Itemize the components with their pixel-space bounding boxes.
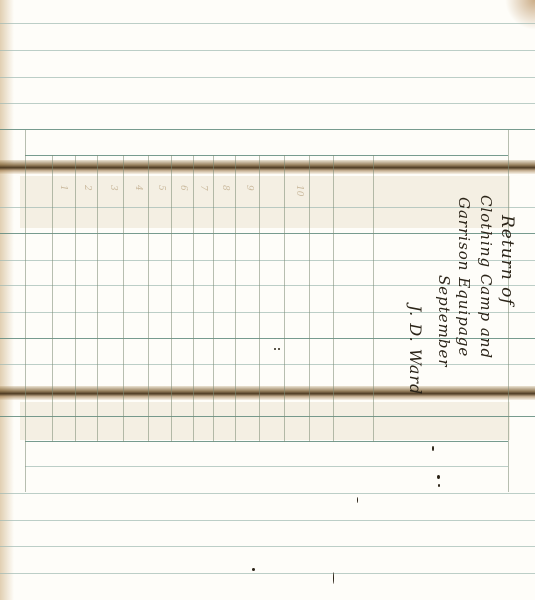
faint-entry: 1 xyxy=(58,185,68,191)
handwritten-endorsement: Return of Clothing Camp and Garrison Equ… xyxy=(395,195,535,410)
endorsement-line: Garrison Equipage xyxy=(455,197,473,357)
grid-column-line xyxy=(373,155,374,442)
grid-column-line xyxy=(284,155,285,442)
endorsement-line: September xyxy=(435,275,453,368)
ruled-line xyxy=(0,77,535,78)
grid-column-line xyxy=(25,130,26,492)
ink-speck xyxy=(278,348,280,350)
ruled-line xyxy=(0,50,535,51)
ruled-line xyxy=(0,129,535,130)
ink-speck xyxy=(357,497,358,503)
grid-column-line xyxy=(148,155,149,442)
grid-column-line xyxy=(309,155,310,442)
document-page: 1 2 3 4 5 6 7 8 9 10 Return of Clothing … xyxy=(0,0,535,600)
ruled-line xyxy=(0,23,535,24)
left-edge-stain xyxy=(0,0,14,600)
ink-speck xyxy=(432,446,434,451)
faint-entry: 3 xyxy=(108,185,118,191)
grid-column-line xyxy=(193,155,194,442)
ruled-line xyxy=(0,493,535,494)
faint-entry: 4 xyxy=(133,185,143,191)
grid-column-line xyxy=(259,155,260,442)
ruled-line xyxy=(0,416,535,417)
endorsement-title: Return of xyxy=(497,215,517,306)
endorsement-signature: J. D. Ward xyxy=(406,305,425,395)
faint-entry: 5 xyxy=(156,185,166,191)
ink-speck xyxy=(252,568,255,571)
grid-column-line xyxy=(123,155,124,442)
faint-entry: 10 xyxy=(294,185,304,196)
faint-entry: 7 xyxy=(198,185,208,191)
faint-entry: 6 xyxy=(178,185,188,191)
faint-entry: 2 xyxy=(82,185,92,191)
grid-column-line xyxy=(52,155,53,442)
ink-speck xyxy=(437,475,440,479)
ruled-line xyxy=(0,520,535,521)
corner-stain xyxy=(505,0,535,30)
ink-speck xyxy=(333,572,334,584)
grid-column-line xyxy=(333,155,334,442)
ruled-line xyxy=(0,103,535,104)
fold-crease-top xyxy=(0,160,535,174)
grid-column-line xyxy=(97,155,98,442)
ruled-line xyxy=(25,466,508,467)
endorsement-line: Clothing Camp and xyxy=(477,195,495,359)
ink-speck xyxy=(438,484,440,487)
faint-entry: 8 xyxy=(220,185,230,191)
ruled-line xyxy=(0,573,535,574)
faint-entry: 9 xyxy=(244,185,254,191)
grid-column-line xyxy=(75,155,76,442)
ruled-line xyxy=(0,546,535,547)
ink-speck xyxy=(274,348,276,350)
grid-column-line xyxy=(235,155,236,442)
grid-column-line xyxy=(171,155,172,442)
grid-column-line xyxy=(213,155,214,442)
